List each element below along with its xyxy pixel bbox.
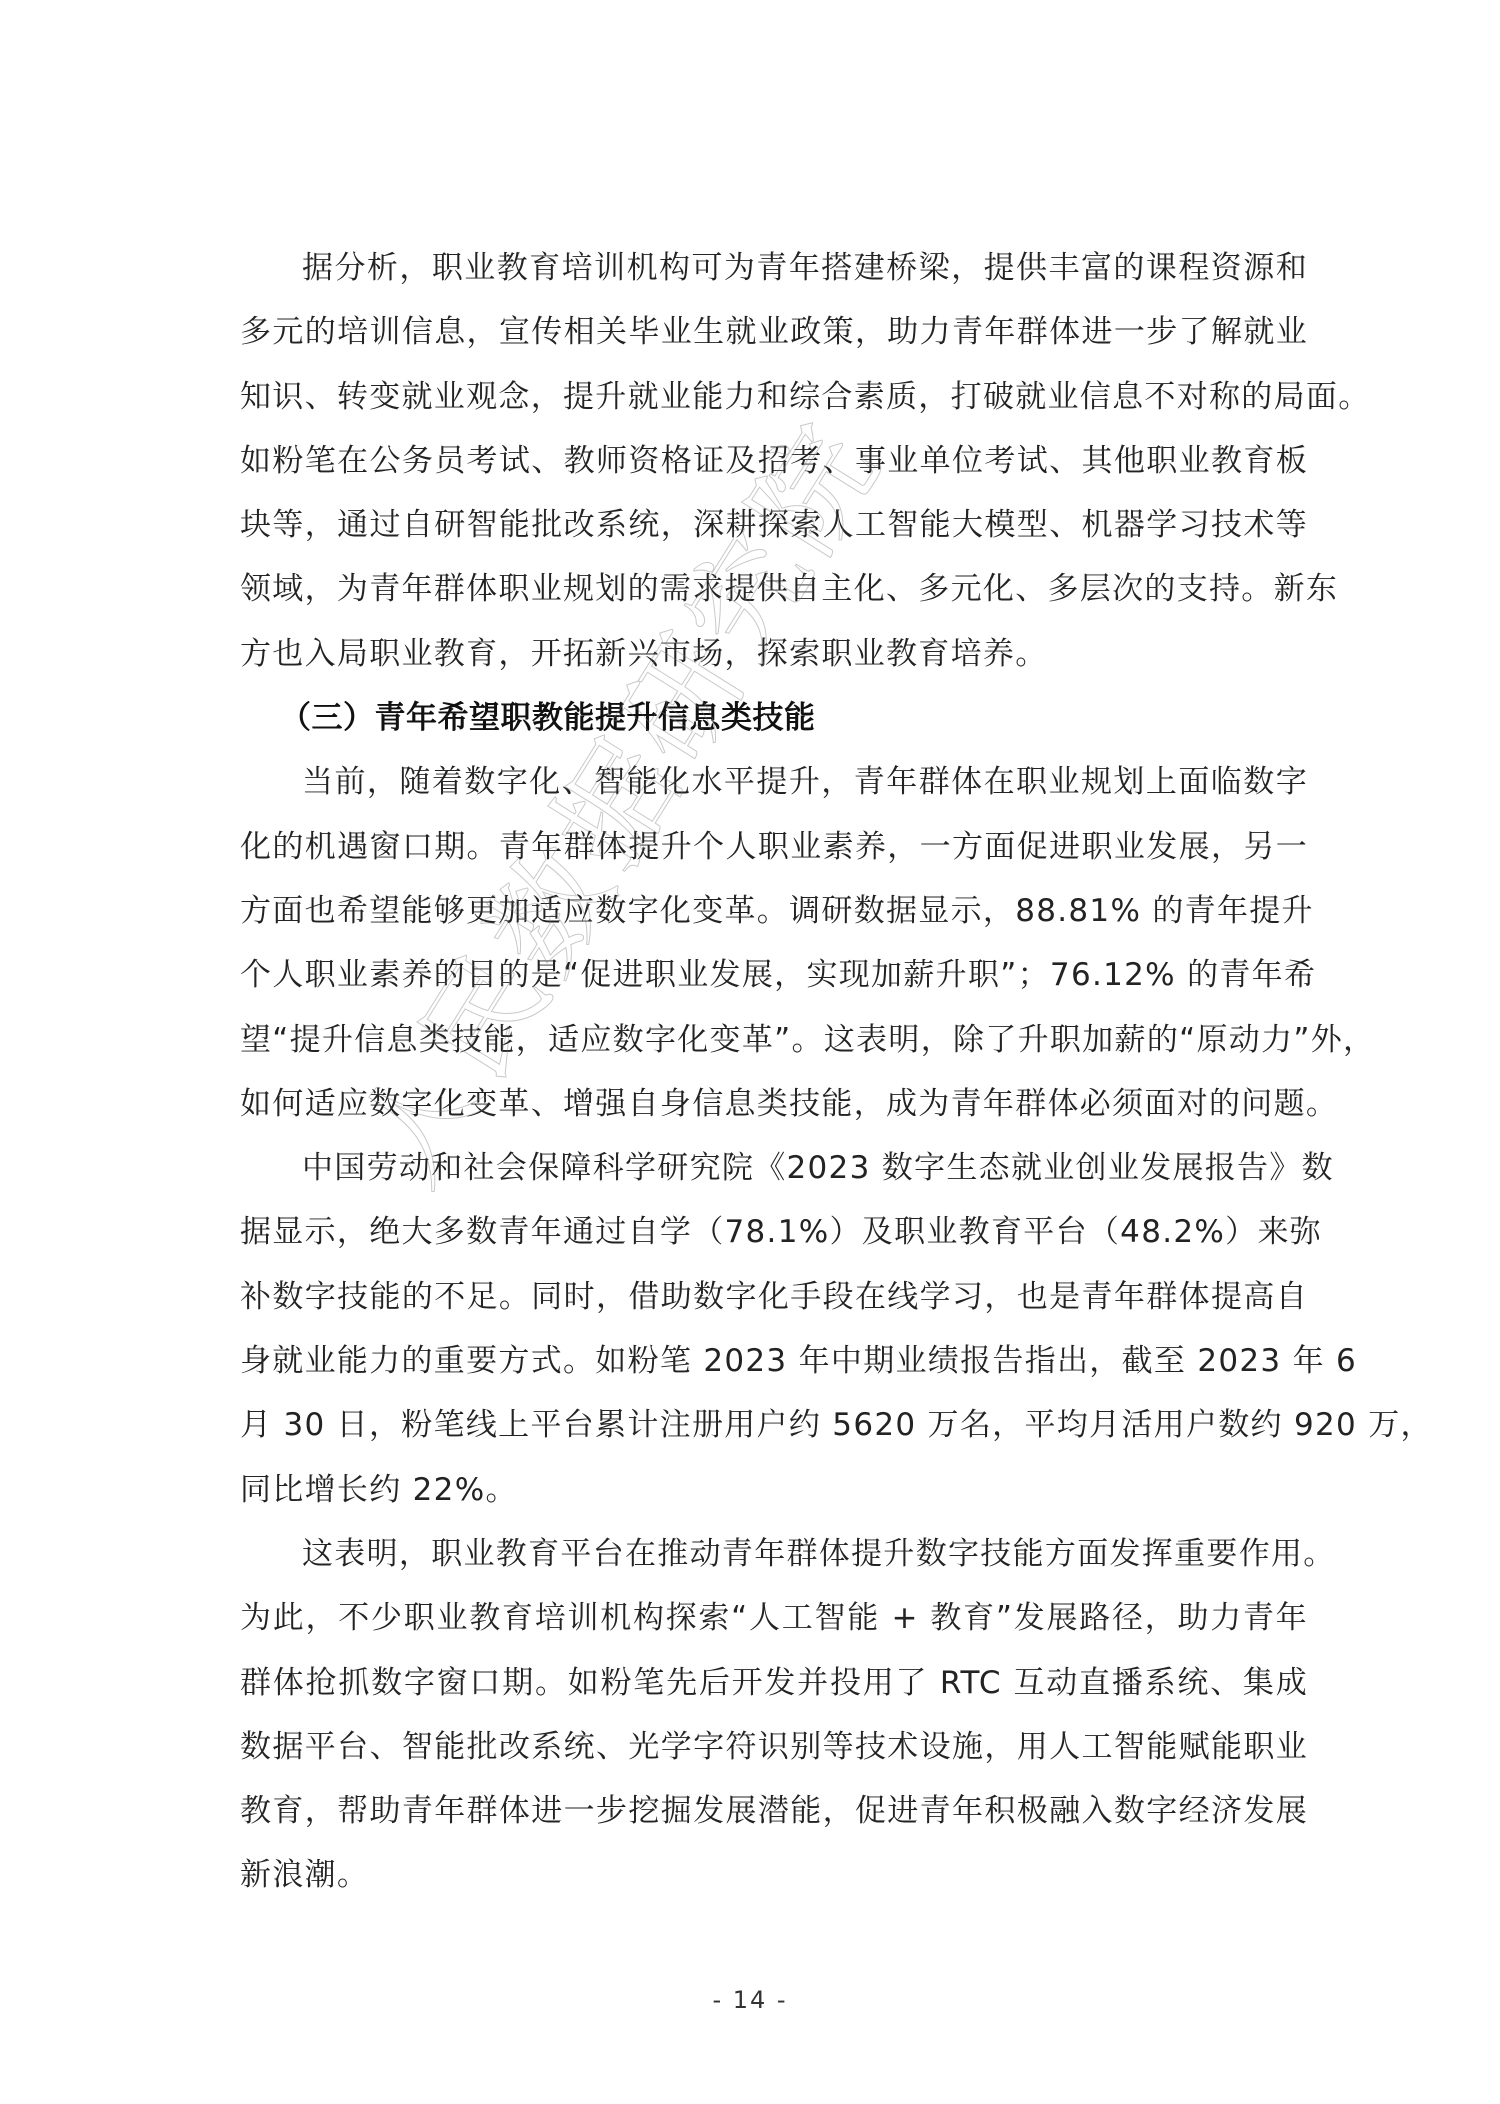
page-number: - 14 - <box>0 1986 1500 2014</box>
paragraph-ai-education: 这表明，职业教育平台在推动青年群体提升数字技能方面发挥重要作用。 为此，不少职业… <box>240 1522 1308 1908</box>
paragraph-report-data: 中国劳动和社会保障科学研究院《2023 数字生态就业创业发展报告》数 据显示，绝… <box>240 1136 1308 1522</box>
paragraph-line: 身就业能力的重要方式。如粉笔 2023 年中期业绩报告指出，截至 2023 年 … <box>240 1329 1308 1393</box>
paragraph-line: 个人职业素养的目的是“促进职业发展，实现加薪升职”；76.12% 的青年希 <box>240 943 1308 1007</box>
paragraph-line: 据分析，职业教育培训机构可为青年搭建桥梁，提供丰富的课程资源和 <box>240 236 1308 300</box>
paragraph-line: 化的机遇窗口期。青年群体提升个人职业素养，一方面促进职业发展，另一 <box>240 815 1308 879</box>
document-page: 据分析，职业教育培训机构可为青年搭建桥梁，提供丰富的课程资源和 多元的培训信息，… <box>0 0 1500 2104</box>
paragraph-line: 块等，通过自研智能批改系统，深耕探索人工智能大模型、机器学习技术等 <box>240 493 1308 557</box>
paragraph-digital-skills: 当前，随着数字化、智能化水平提升，青年群体在职业规划上面临数字 化的机遇窗口期。… <box>240 750 1308 1136</box>
section-heading: （三）青年希望职教能提升信息类技能 <box>240 686 1308 750</box>
paragraph-line: 当前，随着数字化、智能化水平提升，青年群体在职业规划上面临数字 <box>240 750 1308 814</box>
paragraph-line: 如粉笔在公务员考试、教师资格证及招考、事业单位考试、其他职业教育板 <box>240 429 1308 493</box>
paragraph-line: 月 30 日，粉笔线上平台累计注册用户约 5620 万名，平均月活用户数约 92… <box>240 1393 1308 1457</box>
document-body: 据分析，职业教育培训机构可为青年搭建桥梁，提供丰富的课程资源和 多元的培训信息，… <box>240 236 1308 1908</box>
paragraph-line: 据显示，绝大多数青年通过自学（78.1%）及职业教育平台（48.2%）来弥 <box>240 1200 1308 1264</box>
paragraph-line: 补数字技能的不足。同时，借助数字化手段在线学习，也是青年群体提高自 <box>240 1265 1308 1329</box>
paragraph-line: 这表明，职业教育平台在推动青年群体提升数字技能方面发挥重要作用。 <box>240 1522 1308 1586</box>
paragraph-line: 为此，不少职业教育培训机构探索“人工智能 + 教育”发展路径，助力青年 <box>240 1586 1308 1650</box>
paragraph-line: 如何适应数字化变革、增强自身信息类技能，成为青年群体必须面对的问题。 <box>240 1072 1308 1136</box>
paragraph-line: 望“提升信息类技能，适应数字化变革”。这表明，除了升职加薪的“原动力”外， <box>240 1008 1308 1072</box>
paragraph-vocational-bridge: 据分析，职业教育培训机构可为青年搭建桥梁，提供丰富的课程资源和 多元的培训信息，… <box>240 236 1308 686</box>
paragraph-line: 领域，为青年群体职业规划的需求提供自主化、多元化、多层次的支持。新东 <box>240 557 1308 621</box>
paragraph-line: 数据平台、智能批改系统、光学字符识别等技术设施，用人工智能赋能职业 <box>240 1715 1308 1779</box>
paragraph-line: 方面也希望能够更加适应数字化变革。调研数据显示，88.81% 的青年提升 <box>240 879 1308 943</box>
paragraph-line: 中国劳动和社会保障科学研究院《2023 数字生态就业创业发展报告》数 <box>240 1136 1308 1200</box>
paragraph-line: 知识、转变就业观念，提升就业能力和综合素质，打破就业信息不对称的局面。 <box>240 365 1308 429</box>
paragraph-line: 同比增长约 22%。 <box>240 1458 1308 1522</box>
paragraph-line: 群体抢抓数字窗口期。如粉笔先后开发并投用了 RTC 互动直播系统、集成 <box>240 1651 1308 1715</box>
paragraph-line: 多元的培训信息，宣传相关毕业生就业政策，助力青年群体进一步了解就业 <box>240 300 1308 364</box>
paragraph-line: 方也入局职业教育，开拓新兴市场，探索职业教育培养。 <box>240 622 1308 686</box>
paragraph-line: 教育，帮助青年群体进一步挖掘发展潜能，促进青年积极融入数字经济发展 <box>240 1779 1308 1843</box>
paragraph-line: 新浪潮。 <box>240 1843 1308 1907</box>
